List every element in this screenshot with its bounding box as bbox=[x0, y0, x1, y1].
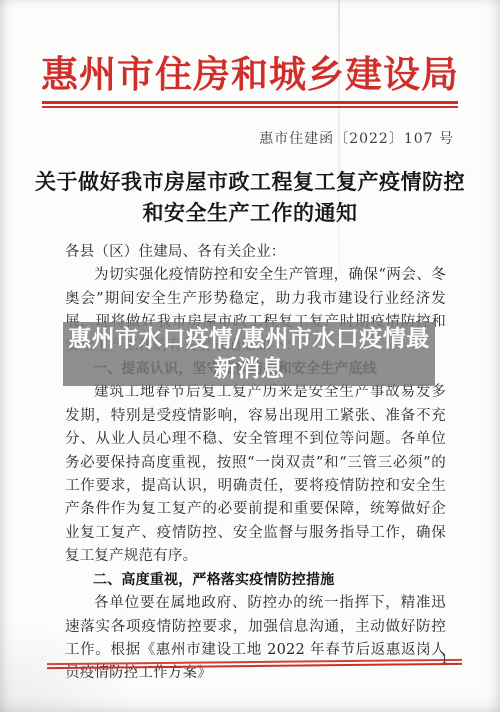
notice-title-line1: 关于做好我市房屋市政工程复工复产疫情防控 bbox=[30, 166, 470, 197]
notice-title-line2: 和安全生产工作的通知 bbox=[30, 197, 470, 228]
caption-overlay: 惠州市水口疫情/惠州市水口疫情最 新消息 bbox=[63, 322, 435, 386]
paragraph-3: 各单位要在属地政府、防控办的统一指挥下，精准迅速落实各项疫情防控要求，加强信息沟… bbox=[65, 592, 446, 686]
section-heading-2: 二、高度重视，严格落实疫情防控措施 bbox=[65, 569, 446, 592]
salutation: 各县（区）住建局、各有关企业： bbox=[65, 241, 446, 264]
paragraph-2: 建筑工地春节后复工复产历来是安全生产事故易发多发期，特别是受疫情影响，容易出现用… bbox=[65, 381, 446, 568]
page-number: 1 bbox=[441, 653, 448, 666]
header-divider-bottom-line bbox=[42, 106, 458, 108]
document-number: 惠市住建函〔2022〕107 号 bbox=[259, 128, 454, 148]
caption-text-line1: 惠州市水口疫情/惠州市水口疫情最 bbox=[68, 324, 429, 354]
header-divider bbox=[42, 101, 458, 108]
header-divider-top-line bbox=[42, 101, 458, 104]
document-page: 惠州市住房和城乡建设局 惠市住建函〔2022〕107 号 关于做好我市房屋市政工… bbox=[0, 0, 500, 712]
caption-text-line2: 新消息 bbox=[214, 354, 285, 384]
document-body: 各县（区）住建局、各有关企业： 为切实强化疫情防控和安全生产管理，确保“两会、冬… bbox=[65, 241, 446, 686]
notice-title: 关于做好我市房屋市政工程复工复产疫情防控 和安全生产工作的通知 bbox=[30, 166, 470, 228]
agency-title: 惠州市住房和城乡建设局 bbox=[0, 44, 500, 98]
